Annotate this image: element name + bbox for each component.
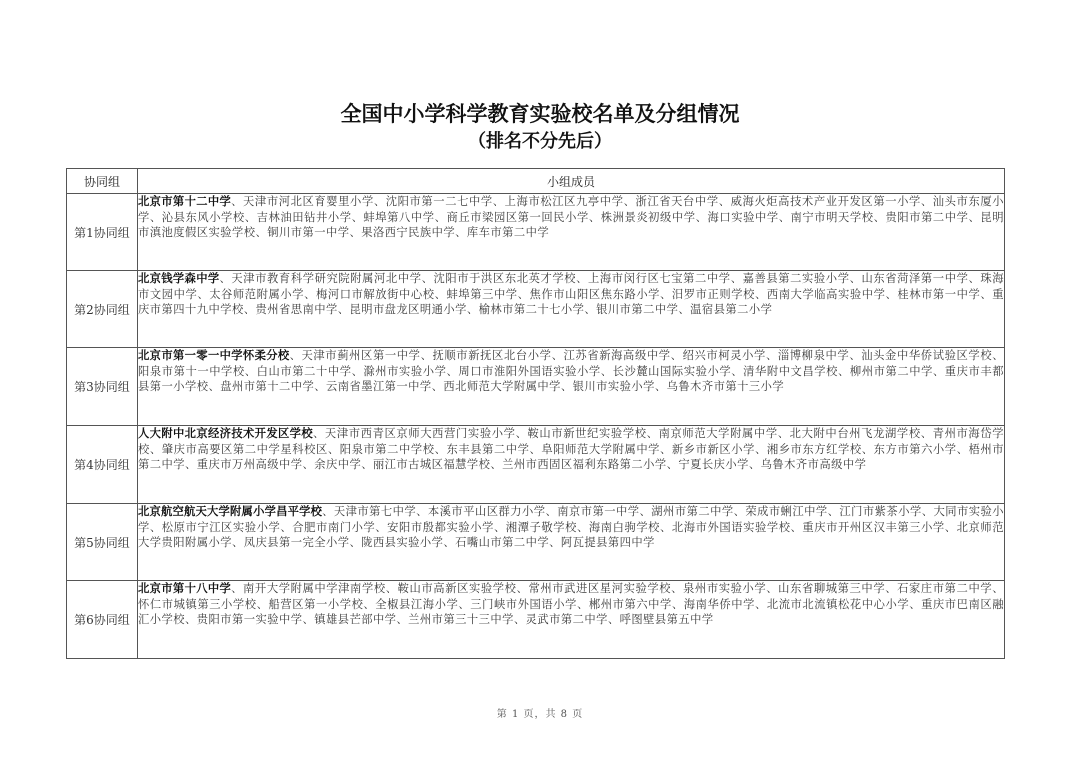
members-cell: 北京钱学森中学、天津市教育科学研究院附属河北中学、沈阳市于洪区东北英才学校、上海… — [138, 271, 1005, 348]
table-row: 第5协同组 北京航空航天大学附属小学昌平学校、天津市第七中学、本溪市平山区群力小… — [67, 504, 1005, 581]
group-name-cell: 第6协同组 — [67, 581, 138, 659]
group-name-cell: 第3协同组 — [67, 348, 138, 426]
column-header-group: 协同组 — [67, 169, 138, 194]
members-cell: 北京市第十八中学、南开大学附属中学津南学校、鞍山市高新区实验学校、常州市武进区星… — [138, 581, 1005, 659]
table-row: 第6协同组 北京市第十八中学、南开大学附属中学津南学校、鞍山市高新区实验学校、常… — [67, 581, 1005, 659]
lead-school: 北京市第十二中学 — [138, 195, 231, 208]
groups-table: 协同组 小组成员 第1协同组 北京市第十二中学、天津市河北区育婴里小学、沈阳市第… — [66, 168, 1005, 659]
members-cell: 北京市第一零一中学怀柔分校、天津市蓟州区第一中学、抚顺市新抚区北台小学、江苏省新… — [138, 348, 1005, 426]
document-title: 全国中小学科学教育实验校名单及分组情况 — [0, 100, 1080, 128]
members-cell: 人大附中北京经济技术开发区学校、天津市西青区京师大西营门实验小学、鞍山市新世纪实… — [138, 426, 1005, 504]
lead-school: 人大附中北京经济技术开发区学校 — [138, 427, 313, 440]
members-cell: 北京航空航天大学附属小学昌平学校、天津市第七中学、本溪市平山区群力小学、南京市第… — [138, 504, 1005, 581]
member-schools: 、天津市河北区育婴里小学、沈阳市第一二七中学、上海市松江区九亭中学、浙江省天台中… — [138, 195, 1004, 239]
group-name-cell: 第2协同组 — [67, 271, 138, 348]
member-schools: 、南开大学附属中学津南学校、鞍山市高新区实验学校、常州市武进区星河实验学校、泉州… — [138, 582, 1004, 626]
column-header-members: 小组成员 — [138, 169, 1005, 194]
document-subtitle: （排名不分先后） — [0, 129, 1080, 155]
lead-school: 北京航空航天大学附属小学昌平学校 — [138, 505, 322, 518]
lead-school: 北京市第一零一中学怀柔分校 — [138, 349, 290, 362]
table-row: 第3协同组 北京市第一零一中学怀柔分校、天津市蓟州区第一中学、抚顺市新抚区北台小… — [67, 348, 1005, 426]
table-row: 第4协同组 人大附中北京经济技术开发区学校、天津市西青区京师大西营门实验小学、鞍… — [67, 426, 1005, 504]
page-number: 第 1 页，共 8 页 — [0, 705, 1080, 720]
table-row: 第1协同组 北京市第十二中学、天津市河北区育婴里小学、沈阳市第一二七中学、上海市… — [67, 194, 1005, 271]
group-name-cell: 第5协同组 — [67, 504, 138, 581]
table-header-row: 协同组 小组成员 — [67, 169, 1005, 194]
lead-school: 北京钱学森中学 — [138, 272, 219, 285]
group-name-cell: 第4协同组 — [67, 426, 138, 504]
member-schools: 、天津市教育科学研究院附属河北中学、沈阳市于洪区东北英才学校、上海市闵行区七宝第… — [138, 272, 1004, 316]
group-name-cell: 第1协同组 — [67, 194, 138, 271]
lead-school: 北京市第十八中学 — [138, 582, 231, 595]
table-row: 第2协同组 北京钱学森中学、天津市教育科学研究院附属河北中学、沈阳市于洪区东北英… — [67, 271, 1005, 348]
members-cell: 北京市第十二中学、天津市河北区育婴里小学、沈阳市第一二七中学、上海市松江区九亭中… — [138, 194, 1005, 271]
